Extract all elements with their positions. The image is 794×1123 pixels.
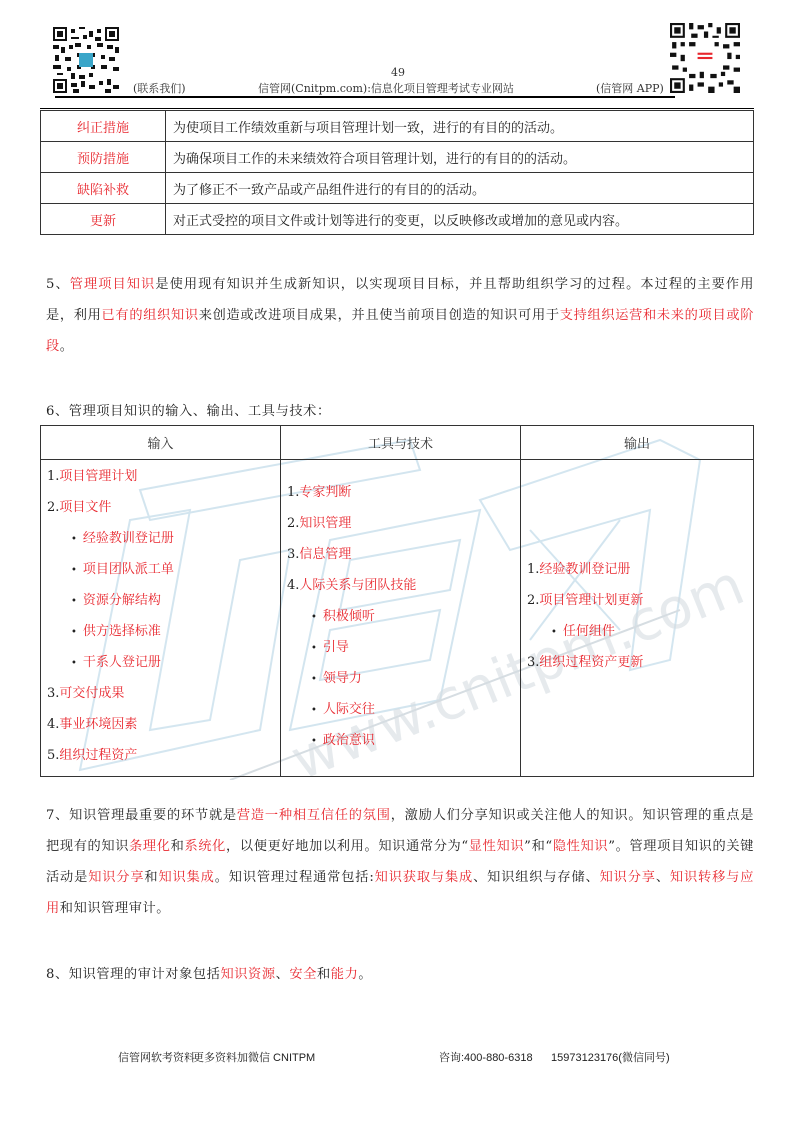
highlight: 知识集成 (158, 870, 214, 885)
list-item: 3.可交付成果 (47, 678, 280, 709)
list-item: 2.知识管理 (287, 508, 520, 539)
item-number: 3. (287, 547, 299, 562)
highlight: 能力 (331, 967, 359, 982)
item-number: 1. (527, 562, 539, 577)
term-cell: 缺陷补救 (41, 173, 166, 204)
footer-mobile: 15973123176(微信同号) (551, 1049, 670, 1065)
item-number: 2. (287, 516, 299, 531)
text: 和 (317, 967, 331, 982)
outputs-cell: 1.经验教训登记册2.项目管理计划更新•任何组件3.组织过程资产更新 (521, 460, 754, 777)
bullet-icon: • (71, 627, 77, 638)
list-item: 5.组织过程资产 (47, 740, 280, 771)
list-item: •干系人登记册 (47, 647, 280, 678)
list-item: 1.项目管理计划 (47, 461, 280, 492)
list-item: •任何组件 (527, 616, 753, 647)
text: 5、 (46, 277, 70, 292)
bullet-icon: • (71, 596, 77, 607)
item-label: 组织过程资产 (59, 748, 137, 763)
bullet-icon: • (71, 658, 77, 669)
list-item: •人际交往 (287, 694, 520, 725)
item-number: 4. (287, 578, 299, 593)
item-label: 人际关系与团队技能 (299, 578, 416, 593)
header-tools: 工具与技术 (281, 426, 521, 460)
item-number: 1. (47, 469, 59, 484)
footer-materials: 信管网软考资料 (118, 1049, 195, 1065)
highlight: 已有的组织知识 (102, 308, 199, 323)
header-inputs: 输入 (41, 426, 281, 460)
list-item: •供方选择标准 (47, 616, 280, 647)
highlight: 知识分享 (600, 870, 656, 885)
highlight: 管理项目知识 (70, 277, 156, 292)
text: 和 (144, 870, 158, 885)
item-label: 政治意识 (323, 733, 375, 748)
item-label: 事业环境因素 (59, 717, 137, 732)
table-row: 纠正措施 为使项目工作绩效重新与项目管理计划一致，进行的有目的的活动。 (41, 111, 754, 142)
bullet-icon: • (311, 705, 317, 716)
item-label: 引导 (323, 640, 349, 655)
highlight: 安全 (289, 967, 317, 982)
bullet-icon: • (311, 736, 317, 747)
tools-cell: 1.专家判断2.知识管理3.信息管理4.人际关系与团队技能•积极倾听•引导•领导… (281, 460, 521, 777)
table-row: 1.项目管理计划2.项目文件•经验教训登记册•项目团队派工单•资源分解结构•供方… (41, 460, 754, 777)
inputs-cell: 1.项目管理计划2.项目文件•经验教训登记册•项目团队派工单•资源分解结构•供方… (41, 460, 281, 777)
item-number: 4. (47, 717, 59, 732)
item-label: 信息管理 (299, 547, 351, 562)
bullet-icon: • (71, 534, 77, 545)
item-number: 3. (527, 655, 539, 670)
highlight: 营造一种相互信任的氛围 (237, 808, 391, 823)
list-item: 2.项目文件 (47, 492, 280, 523)
item-label: 项目团队派工单 (83, 562, 174, 577)
item-label: 组织过程资产更新 (539, 655, 643, 670)
description-cell: 对正式受控的项目文件或计划等进行的变更，以反映修改或增加的意见或内容。 (166, 204, 754, 235)
list-item: 1.专家判断 (287, 477, 520, 508)
bullet-icon: • (311, 612, 317, 623)
section-6-title: 6、管理项目知识的输入、输出、工具与技术： (46, 396, 754, 427)
table-row: 缺陷补救 为了修正不一致产品或产品组件进行的有目的的活动。 (41, 173, 754, 204)
item-number: 3. (47, 686, 59, 701)
text: 、 (276, 967, 290, 982)
highlight: 隐性知识 (553, 839, 608, 854)
bullet-icon: • (311, 643, 317, 654)
text: 。知识管理过程通常包括: (215, 870, 375, 885)
bullet-icon: • (311, 674, 317, 685)
header-rule (55, 96, 675, 98)
page-number: 49 (391, 66, 405, 79)
section-8-paragraph: 8、知识管理的审计对象包括知识资源、安全和能力。 (46, 959, 754, 990)
term-cell: 更新 (41, 204, 166, 235)
list-item: 3.组织过程资产更新 (527, 647, 753, 678)
site-title: 信管网(Cnitpm.com):信息化项目管理考试专业网站 (258, 80, 514, 96)
qr-code-icon (670, 23, 740, 93)
item-number: 2. (47, 500, 59, 515)
description-cell: 为使项目工作绩效重新与项目管理计划一致，进行的有目的的活动。 (166, 111, 754, 142)
item-number: 2. (527, 593, 539, 608)
text: 、知识组织与存储、 (473, 870, 600, 885)
item-label: 任何组件 (563, 624, 615, 639)
list-item: 4.事业环境因素 (47, 709, 280, 740)
item-label: 知识管理 (299, 516, 351, 531)
item-number: 1. (287, 485, 299, 500)
text: 和 (171, 839, 185, 854)
item-label: 人际交往 (323, 702, 375, 717)
list-item: •政治意识 (287, 725, 520, 756)
term-cell: 纠正措施 (41, 111, 166, 142)
list-item: •引导 (287, 632, 520, 663)
highlight: 知识资源 (220, 967, 275, 982)
text: 、 (656, 870, 670, 885)
highlight: 知识分享 (88, 870, 144, 885)
text: 7、知识管理最重要的环节就是 (46, 808, 237, 823)
section-5-paragraph: 5、管理项目知识是使用现有知识并生成新知识，以实现项目目标，并且帮助组织学习的过… (46, 269, 754, 362)
item-label: 干系人登记册 (83, 655, 161, 670)
item-label: 供方选择标准 (83, 624, 161, 639)
header-outputs: 输出 (521, 426, 754, 460)
item-label: 积极倾听 (323, 609, 375, 624)
section-7-paragraph: 7、知识管理最重要的环节就是营造一种相互信任的氛围，激励人们分享知识或关注他人的… (46, 800, 754, 924)
item-label: 资源分解结构 (83, 593, 161, 608)
text: 。 (358, 967, 372, 982)
list-item: •项目团队派工单 (47, 554, 280, 585)
highlight: 系统化 (184, 839, 226, 854)
description-cell: 为确保项目工作的未来绩效符合项目管理计划，进行的有目的的活动。 (166, 142, 754, 173)
list-item: •领导力 (287, 663, 520, 694)
bullet-icon: • (551, 627, 557, 638)
table-row: 预防措施 为确保项目工作的未来绩效符合项目管理计划，进行的有目的的活动。 (41, 142, 754, 173)
inputs-list: 1.项目管理计划2.项目文件•经验教训登记册•项目团队派工单•资源分解结构•供方… (41, 461, 280, 771)
footer-consult-phone: 咨询:400-880-6318 (439, 1049, 533, 1065)
qr-code-icon (53, 27, 119, 93)
term-cell: 预防措施 (41, 142, 166, 173)
highlight: 显性知识 (469, 839, 524, 854)
list-item: 1.经验教训登记册 (527, 554, 753, 585)
text: ，以便更好地加以利用。知识通常分为“ (226, 839, 469, 854)
app-label[interactable]: (信管网 APP) (596, 80, 664, 96)
list-item: 4.人际关系与团队技能 (287, 570, 520, 601)
list-item: 3.信息管理 (287, 539, 520, 570)
ito-table: 输入 工具与技术 输出 1.项目管理计划2.项目文件•经验教训登记册•项目团队派… (40, 425, 754, 777)
list-item: •经验教训登记册 (47, 523, 280, 554)
item-number: 5. (47, 748, 59, 763)
list-item: •积极倾听 (287, 601, 520, 632)
table-header-row: 输入 工具与技术 输出 (41, 426, 754, 460)
item-label: 专家判断 (299, 485, 351, 500)
highlight: 知识获取与集成 (374, 870, 473, 885)
item-label: 领导力 (323, 671, 362, 686)
footer-wechat: 更多资料加微信 CNITPM (193, 1049, 315, 1065)
item-label: 项目管理计划 (59, 469, 137, 484)
contact-us-label[interactable]: (联系我们) (133, 80, 186, 96)
item-label: 项目管理计划更新 (539, 593, 643, 608)
text: ”和“ (524, 839, 553, 854)
list-item: 2.项目管理计划更新 (527, 585, 753, 616)
list-item: •资源分解结构 (47, 585, 280, 616)
item-label: 项目文件 (59, 500, 111, 515)
table-row: 更新 对正式受控的项目文件或计划等进行的变更，以反映修改或增加的意见或内容。 (41, 204, 754, 235)
item-label: 经验教训登记册 (539, 562, 630, 577)
definitions-table: 纠正措施 为使项目工作绩效重新与项目管理计划一致，进行的有目的的活动。 预防措施… (40, 110, 754, 235)
text: 来创造或改进项目成果，并且使当前项目创造的知识可用于 (199, 308, 560, 323)
header-rule-secondary (40, 108, 754, 109)
item-label: 经验教训登记册 (83, 531, 174, 546)
highlight: 条理化 (129, 839, 171, 854)
text: 8、知识管理的审计对象包括 (46, 967, 220, 982)
description-cell: 为了修正不一致产品或产品组件进行的有目的的活动。 (166, 173, 754, 204)
outputs-list: 1.经验教训登记册2.项目管理计划更新•任何组件3.组织过程资产更新 (521, 554, 753, 678)
tools-list: 1.专家判断2.知识管理3.信息管理4.人际关系与团队技能•积极倾听•引导•领导… (281, 477, 520, 756)
text: 和知识管理审计。 (60, 901, 170, 916)
item-label: 可交付成果 (59, 686, 124, 701)
bullet-icon: • (71, 565, 77, 576)
text: 。 (60, 339, 74, 354)
